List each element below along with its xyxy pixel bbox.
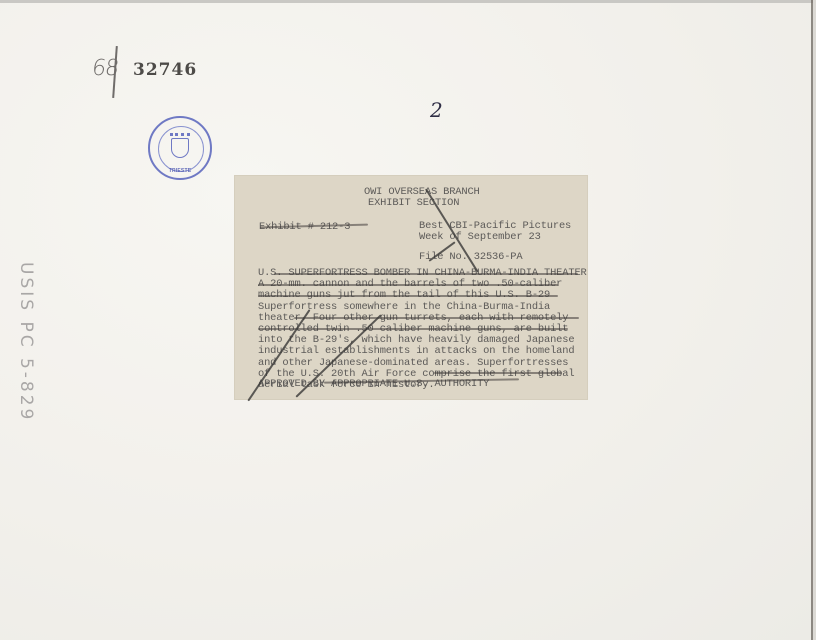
- shield-icon: [171, 138, 189, 158]
- card-header-line2: EXHIBIT SECTION: [368, 198, 459, 209]
- strike-line1: [274, 273, 578, 275]
- strike-line3: [258, 295, 558, 297]
- strike-line2: [258, 284, 558, 286]
- caption-card: OWI OVERSEAS BRANCH EXHIBIT SECTION Exhi…: [234, 175, 588, 400]
- handwritten-page-number: 2: [430, 98, 443, 122]
- caption-week: Week of September 23: [419, 232, 541, 243]
- stamped-number: 32746: [133, 60, 197, 80]
- strike-line5: [294, 317, 579, 319]
- strike-line6: [258, 328, 568, 330]
- strike-line10: [434, 372, 562, 374]
- handwritten-vertical-reference: USIS PC 5-829: [6, 262, 36, 422]
- body-line: industrial establishments in attacks on …: [258, 346, 587, 357]
- board-top-edge: [0, 0, 816, 3]
- archive-seal-stamp: MINISTERO DELLA CULTURA E DEL PATRIMONIO…: [148, 116, 212, 180]
- seal-bottom-text: TRIESTE: [150, 168, 210, 174]
